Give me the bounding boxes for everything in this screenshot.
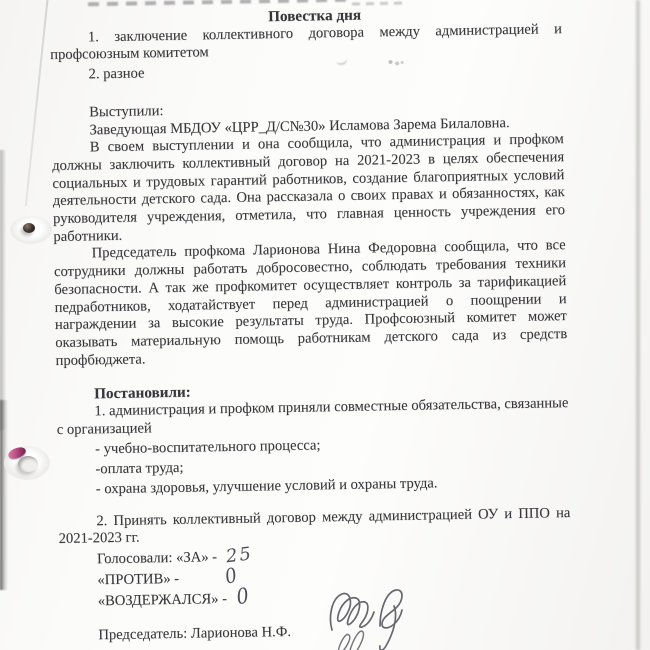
vote-abstain-count-handwritten: 0 [235, 586, 250, 609]
speech-paragraph-2: Председатель профкома Ларионова Нина Фед… [54, 238, 568, 371]
punched-hole [18, 456, 38, 472]
page-left-edge-shadow [0, 150, 6, 430]
vote-for-label: Голосовали: «ЗА» - [97, 549, 217, 567]
speech-paragraph-1: В своем выступлении и она сообщила, что … [52, 131, 566, 246]
scanner-background [588, 0, 650, 650]
vote-for-count-handwritten: 25 [225, 544, 254, 566]
page-left-edge-dark [0, 400, 8, 590]
binding-hole-bottom [4, 444, 54, 484]
document-text: Повестка дня 1. заключение коллективного… [49, 0, 572, 646]
scanned-document: Повестка дня 1. заключение коллективного… [0, 0, 650, 650]
signature-fragment [330, 626, 370, 650]
binding-knot [23, 223, 35, 233]
binding-hole-top [10, 216, 56, 246]
vote-against-label: «ПРОТИВ» - [97, 571, 179, 588]
resolved-item-1: 1. администрация и профком приняли совме… [56, 395, 569, 439]
agenda-item-1: 1. заключение коллективного договора меж… [50, 21, 563, 65]
page-right-edge-shadow [636, 0, 640, 650]
vote-abstain-label: «ВОЗДЕРЖАЛСЯ» - [98, 591, 228, 609]
